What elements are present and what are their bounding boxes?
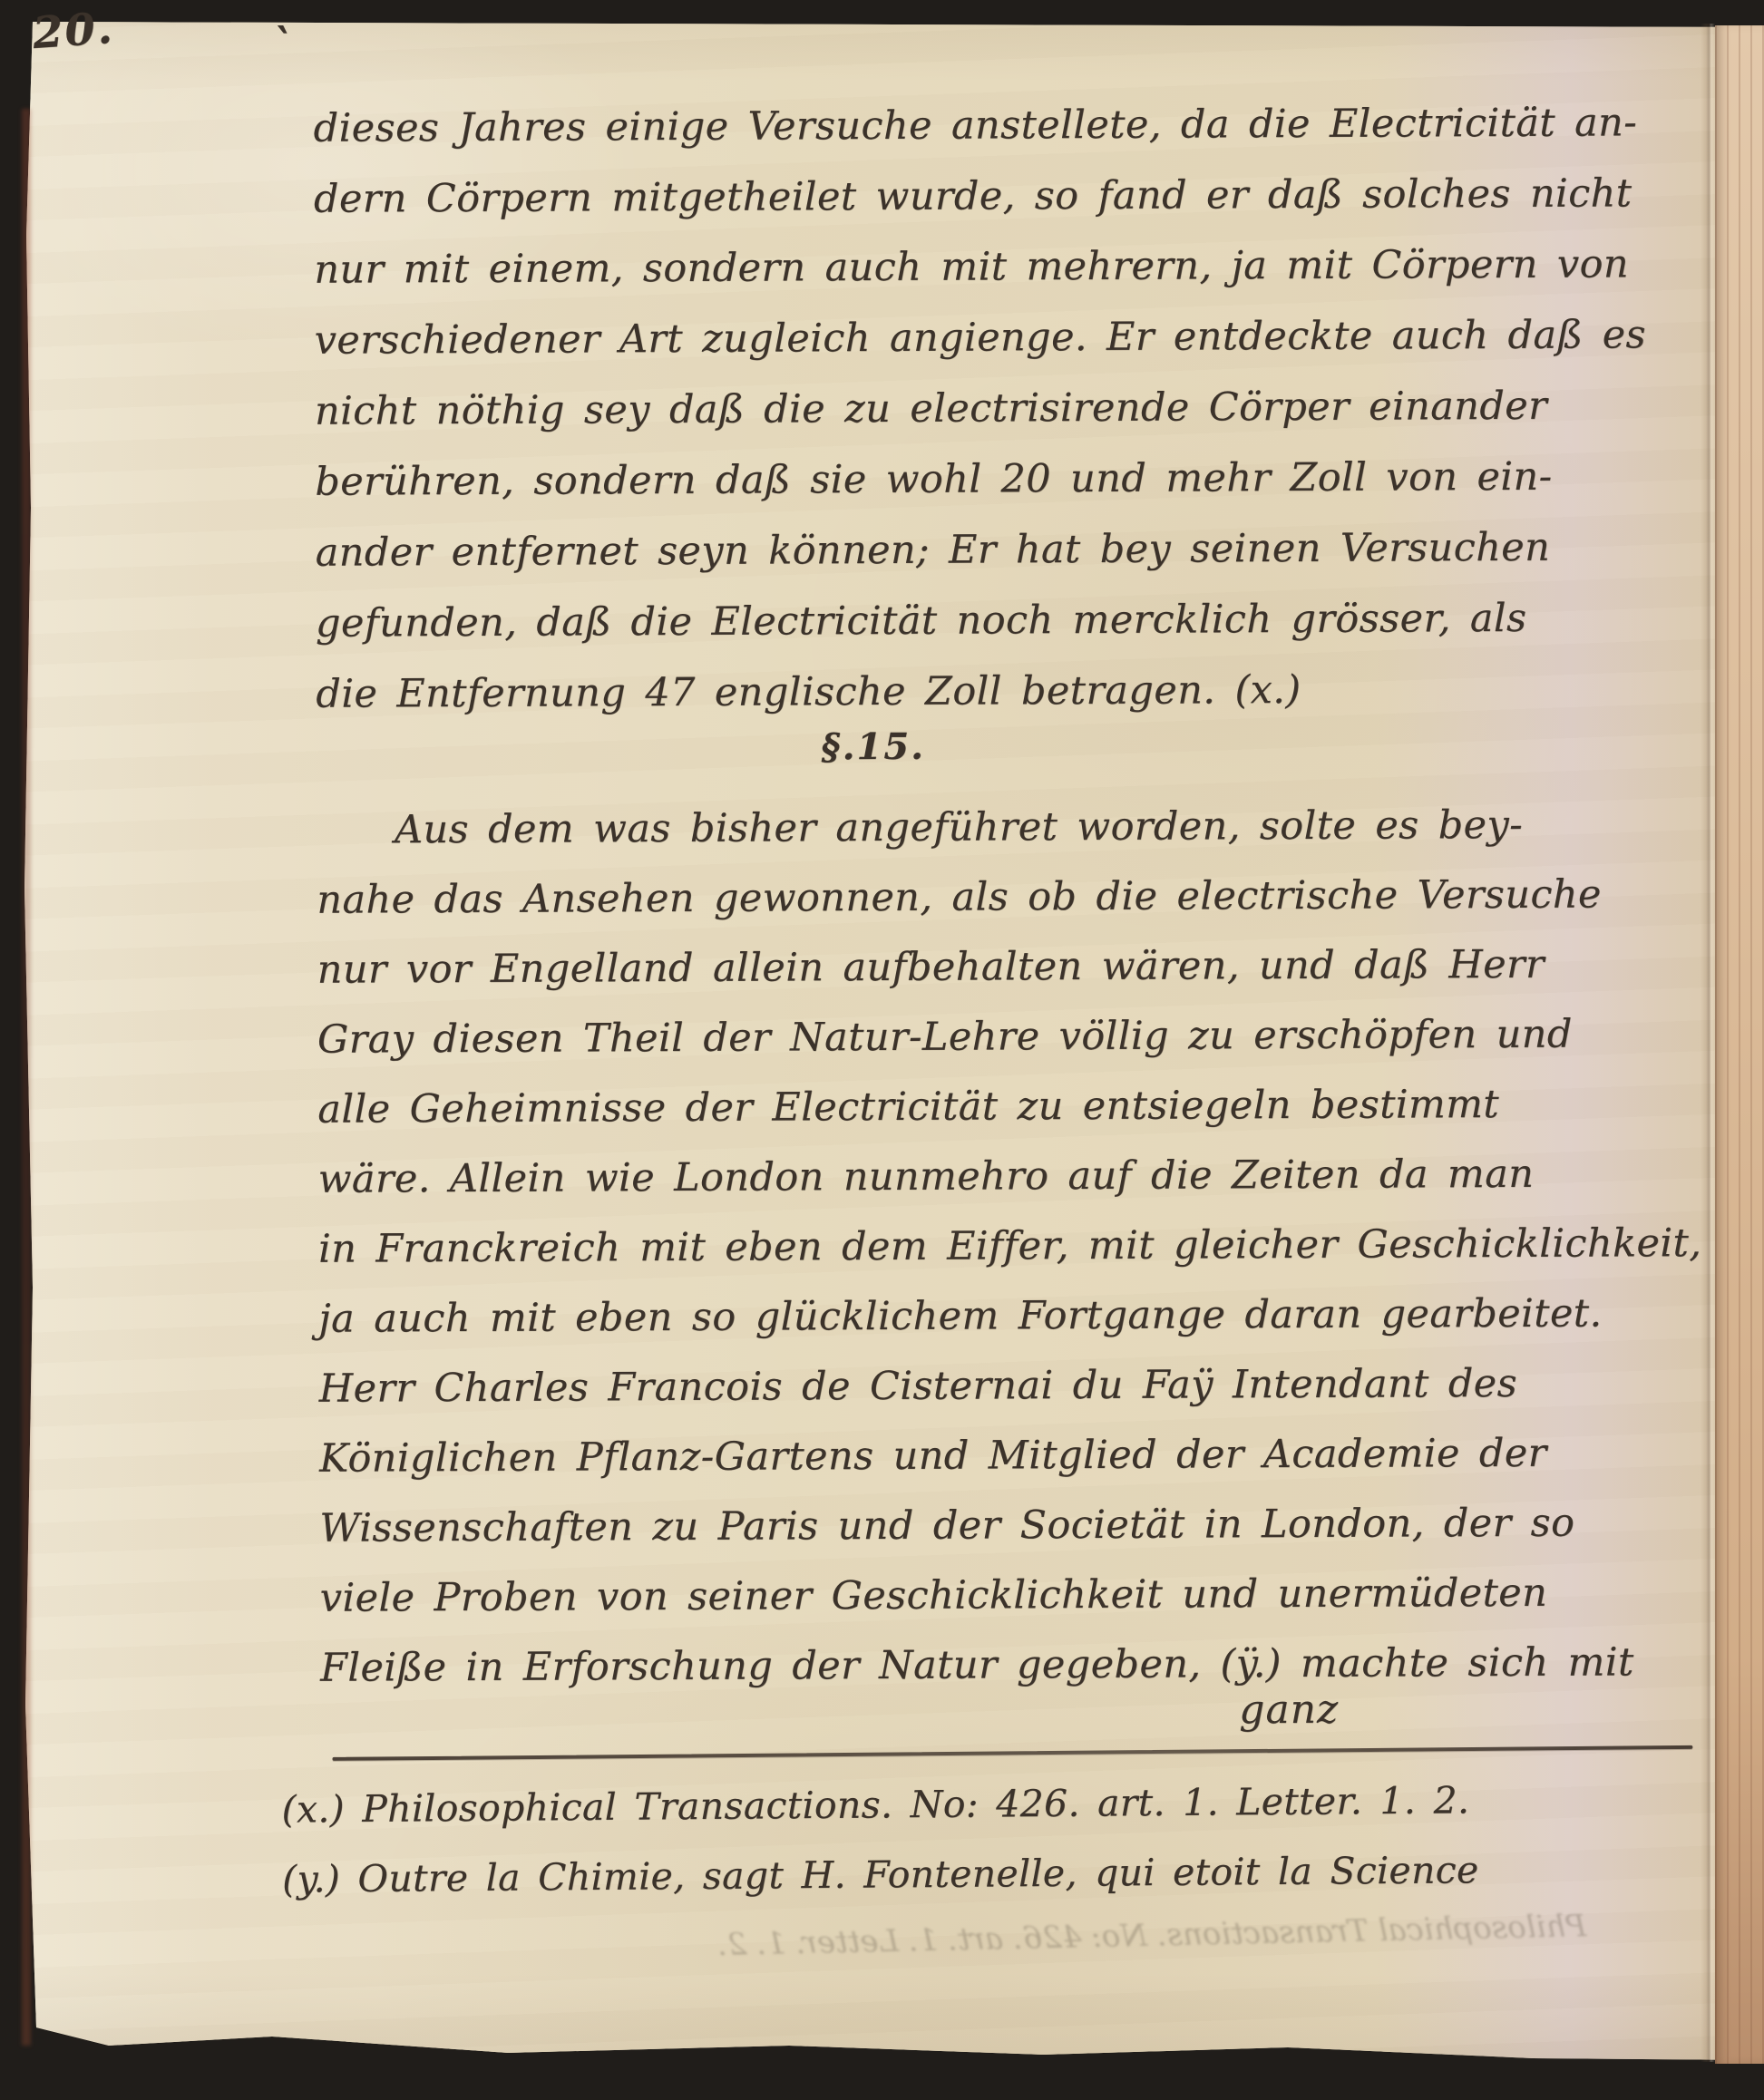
- manuscript-line: nur mit einem, sondern auch mit mehrern,…: [314, 228, 1701, 306]
- manuscript-line: gefunden, daß die Electricität noch merc…: [316, 582, 1703, 659]
- manuscript-line: Gray diesen Theil der Natur-Lehre völlig…: [317, 999, 1705, 1075]
- binding-edge: [22, 109, 31, 2046]
- manuscript-line: Wissenschaften zu Paris und der Societät…: [319, 1488, 1707, 1564]
- manuscript-line: ander entfernet seyn können; Er hat bey …: [315, 511, 1702, 588]
- manuscript-line: wäre. Allein wie London nunmehro auf die…: [318, 1139, 1706, 1215]
- manuscript-line: Königlichen Pflanz-Gartens und Mitglied …: [319, 1418, 1707, 1494]
- footnote-line: (y.) Outre la Chimie, sagt H. Fontenelle…: [282, 1833, 1698, 1914]
- manuscript-line: dern Cörpern mitgetheilet wurde, so fand…: [314, 158, 1701, 235]
- manuscript-line: nahe das Ansehen gewonnen, als ob die el…: [317, 860, 1704, 936]
- catchword: ganz: [1239, 1687, 1339, 1733]
- manuscript-line: verschiedener Art zugleich angienge. Er …: [314, 299, 1701, 376]
- manuscript-line: die Entfernung 47 englische Zoll betrage…: [316, 653, 1703, 730]
- paragraph-electricity-experiments: dieses Jahres einige Versuche anstellete…: [313, 87, 1703, 730]
- paragraph-du-fay: Aus dem was bisher angeführet worden, so…: [317, 790, 1708, 1704]
- manuscript-line: Fleiße in Erforschung der Natur gegeben,…: [320, 1628, 1708, 1704]
- book-fore-edge: [1715, 25, 1764, 2064]
- manuscript-line: nicht nöthig sey daß die zu electrisiren…: [315, 370, 1702, 447]
- manuscript-line: berühren, sondern daß sie wohl 20 und me…: [315, 441, 1702, 518]
- manuscript-line: ja auch mit eben so glücklichem Fortgang…: [318, 1278, 1706, 1355]
- manuscript-line: viele Proben von seiner Geschicklichkeit…: [320, 1558, 1708, 1634]
- manuscript-line: nur vor Engelland allein aufbehalten wär…: [317, 929, 1704, 1006]
- footnotes: (x.) Philosophical Transactions. No: 426…: [281, 1764, 1697, 1914]
- footnote-line: (x.) Philosophical Transactions. No: 426…: [281, 1764, 1697, 1844]
- page-number: 20.: [31, 3, 115, 59]
- manuscript-line: in Franckreich mit eben dem Eiffer, mit …: [318, 1209, 1706, 1285]
- stray-ink-mark: `: [272, 20, 293, 69]
- manuscript-body: dieses Jahres einige Versuche anstellete…: [0, 0, 1764, 4]
- manuscript-line: dieses Jahres einige Versuche anstellete…: [313, 87, 1701, 164]
- manuscript-line: Aus dem was bisher angeführet worden, so…: [317, 790, 1704, 866]
- manuscript-line: alle Geheimnisse der Electricität zu ent…: [317, 1069, 1705, 1145]
- manuscript-line: Herr Charles Francois de Cisternai du Fa…: [319, 1348, 1707, 1424]
- manuscript-photo: 20. ` dieses Jahres einige Versuche anst…: [0, 0, 1764, 2100]
- section-heading: §.15.: [821, 725, 925, 768]
